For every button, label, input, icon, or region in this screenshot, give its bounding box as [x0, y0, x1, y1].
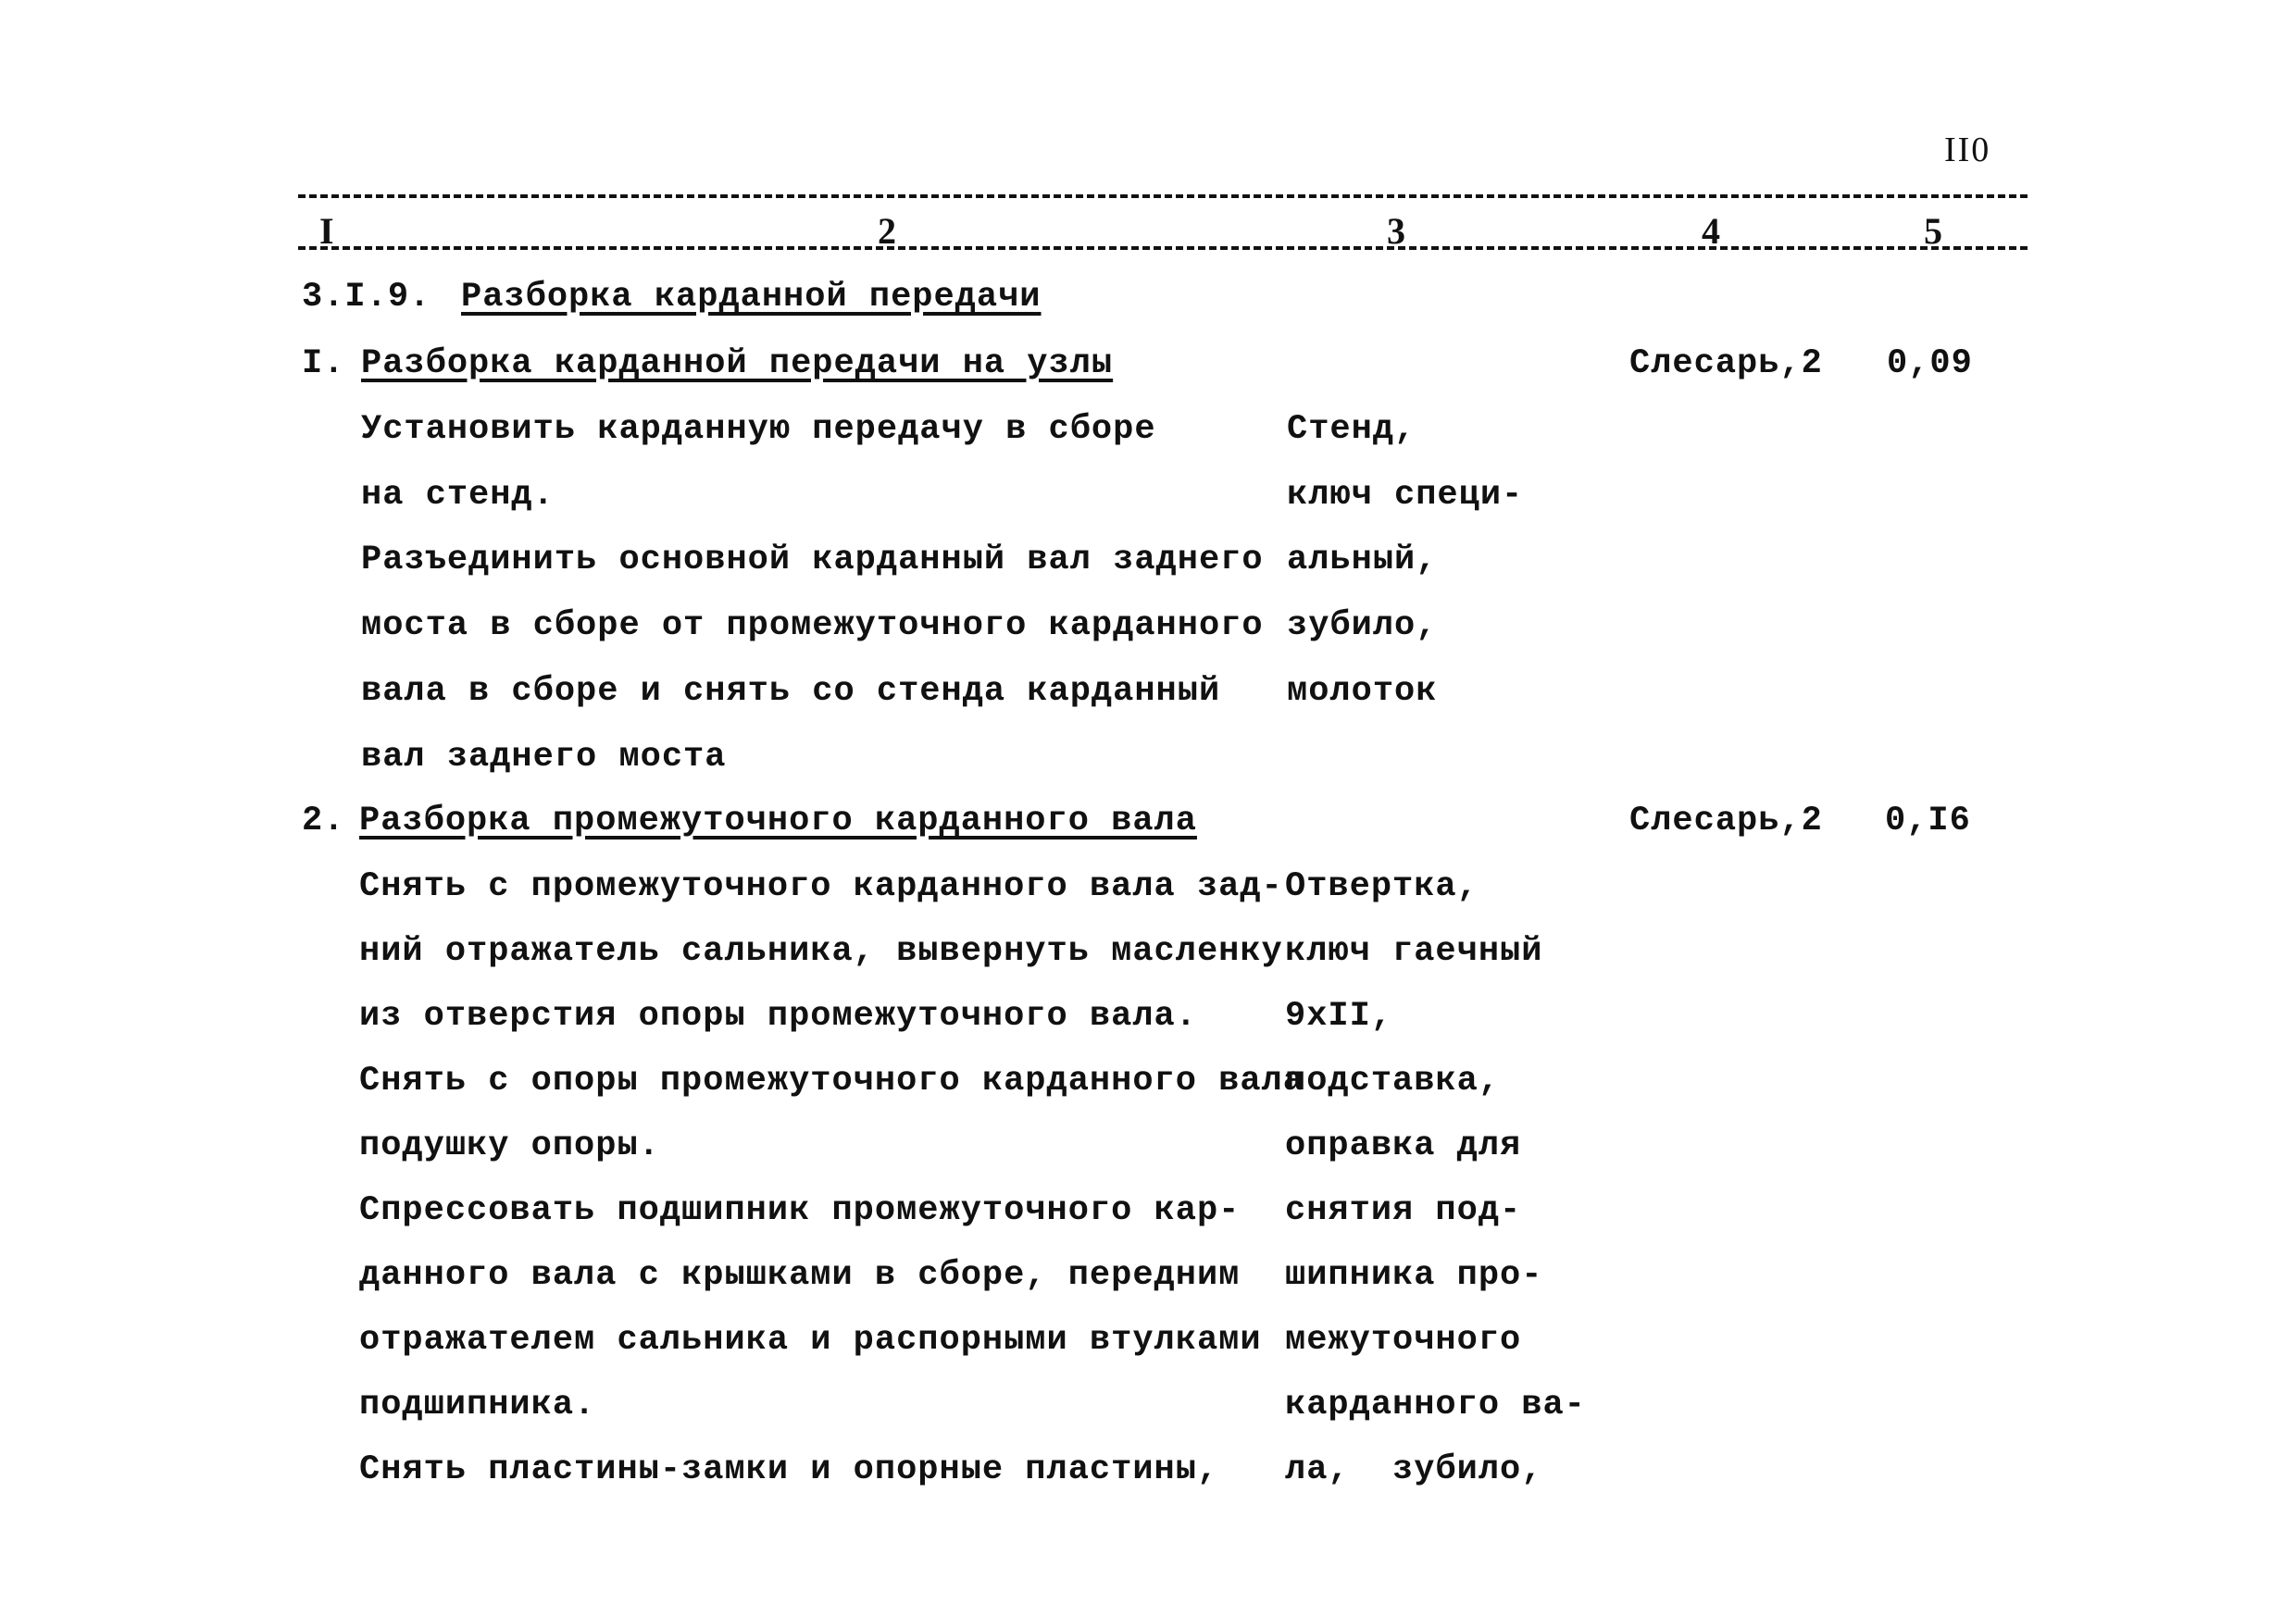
operation-title: Разборка промежуточного карданного вала	[359, 802, 1197, 840]
operation-title: Разборка карданной передачи на узлы	[361, 344, 1113, 383]
tools-line: 9xII,	[1285, 997, 1392, 1036]
description-line: Снять с промежуточного карданного вала з…	[359, 867, 1283, 906]
tools-line: карданного ва-	[1285, 1386, 1586, 1424]
tools-line: Отвертка,	[1285, 867, 1479, 906]
section-title: Разборка карданной передачи	[461, 278, 1042, 317]
section-number: 3.I.9.	[302, 278, 430, 317]
description-line: данного вала с крышками в сборе, передни…	[359, 1256, 1240, 1295]
tools-line: подставка,	[1285, 1062, 1500, 1101]
operation-number: 2.	[302, 802, 344, 840]
description-line: Разъединить основной карданный вал задне…	[361, 541, 1264, 579]
description-line: вала в сборе и снять со стенда карданный	[361, 672, 1220, 711]
operation-worker: Слесарь,2	[1629, 344, 1823, 383]
page-number: II0	[1944, 130, 1990, 170]
tools-line: оправка для	[1285, 1126, 1521, 1165]
tools-line: межуточного	[1285, 1321, 1521, 1360]
description-line: Снять пластины-замки и опорные пластины,	[359, 1450, 1218, 1489]
header-divider-bottom	[298, 246, 2028, 250]
tools-line: альный,	[1287, 541, 1437, 579]
description-line: ний отражатель сальника, вывернуть масле…	[359, 932, 1283, 971]
description-line: подушку опоры.	[359, 1126, 660, 1165]
description-line: Спрессовать подшипник промежуточного кар…	[359, 1191, 1240, 1230]
description-line: подшипника.	[359, 1386, 595, 1424]
operation-time: 0,09	[1887, 344, 1973, 383]
operation-number: I.	[302, 344, 344, 383]
tools-line: шипника про-	[1285, 1256, 1542, 1295]
description-line: из отверстия опоры промежуточного вала.	[359, 997, 1197, 1036]
tools-line: молоток	[1287, 672, 1437, 711]
tools-line: Стенд,	[1287, 410, 1416, 449]
tools-line: снятия под-	[1285, 1191, 1521, 1230]
tools-line: ла, зубило,	[1285, 1450, 1542, 1489]
description-line: отражателем сальника и распорными втулка…	[359, 1321, 1262, 1360]
description-line: на стенд.	[361, 476, 555, 515]
description-line: моста в сборе от промежуточного карданно…	[361, 606, 1264, 645]
header-divider-top	[298, 194, 2028, 198]
tools-line: ключ гаечный	[1285, 932, 1542, 971]
operation-worker: Слесарь,2	[1629, 802, 1823, 840]
operation-time: 0,I6	[1885, 802, 1971, 840]
description-line: Установить карданную передачу в сборе	[361, 410, 1156, 449]
description-line: Снять с опоры промежуточного карданного …	[359, 1062, 1304, 1101]
tools-line: ключ специ-	[1287, 476, 1523, 515]
description-line: вал заднего моста	[361, 738, 726, 777]
tools-line: зубило,	[1287, 606, 1437, 645]
